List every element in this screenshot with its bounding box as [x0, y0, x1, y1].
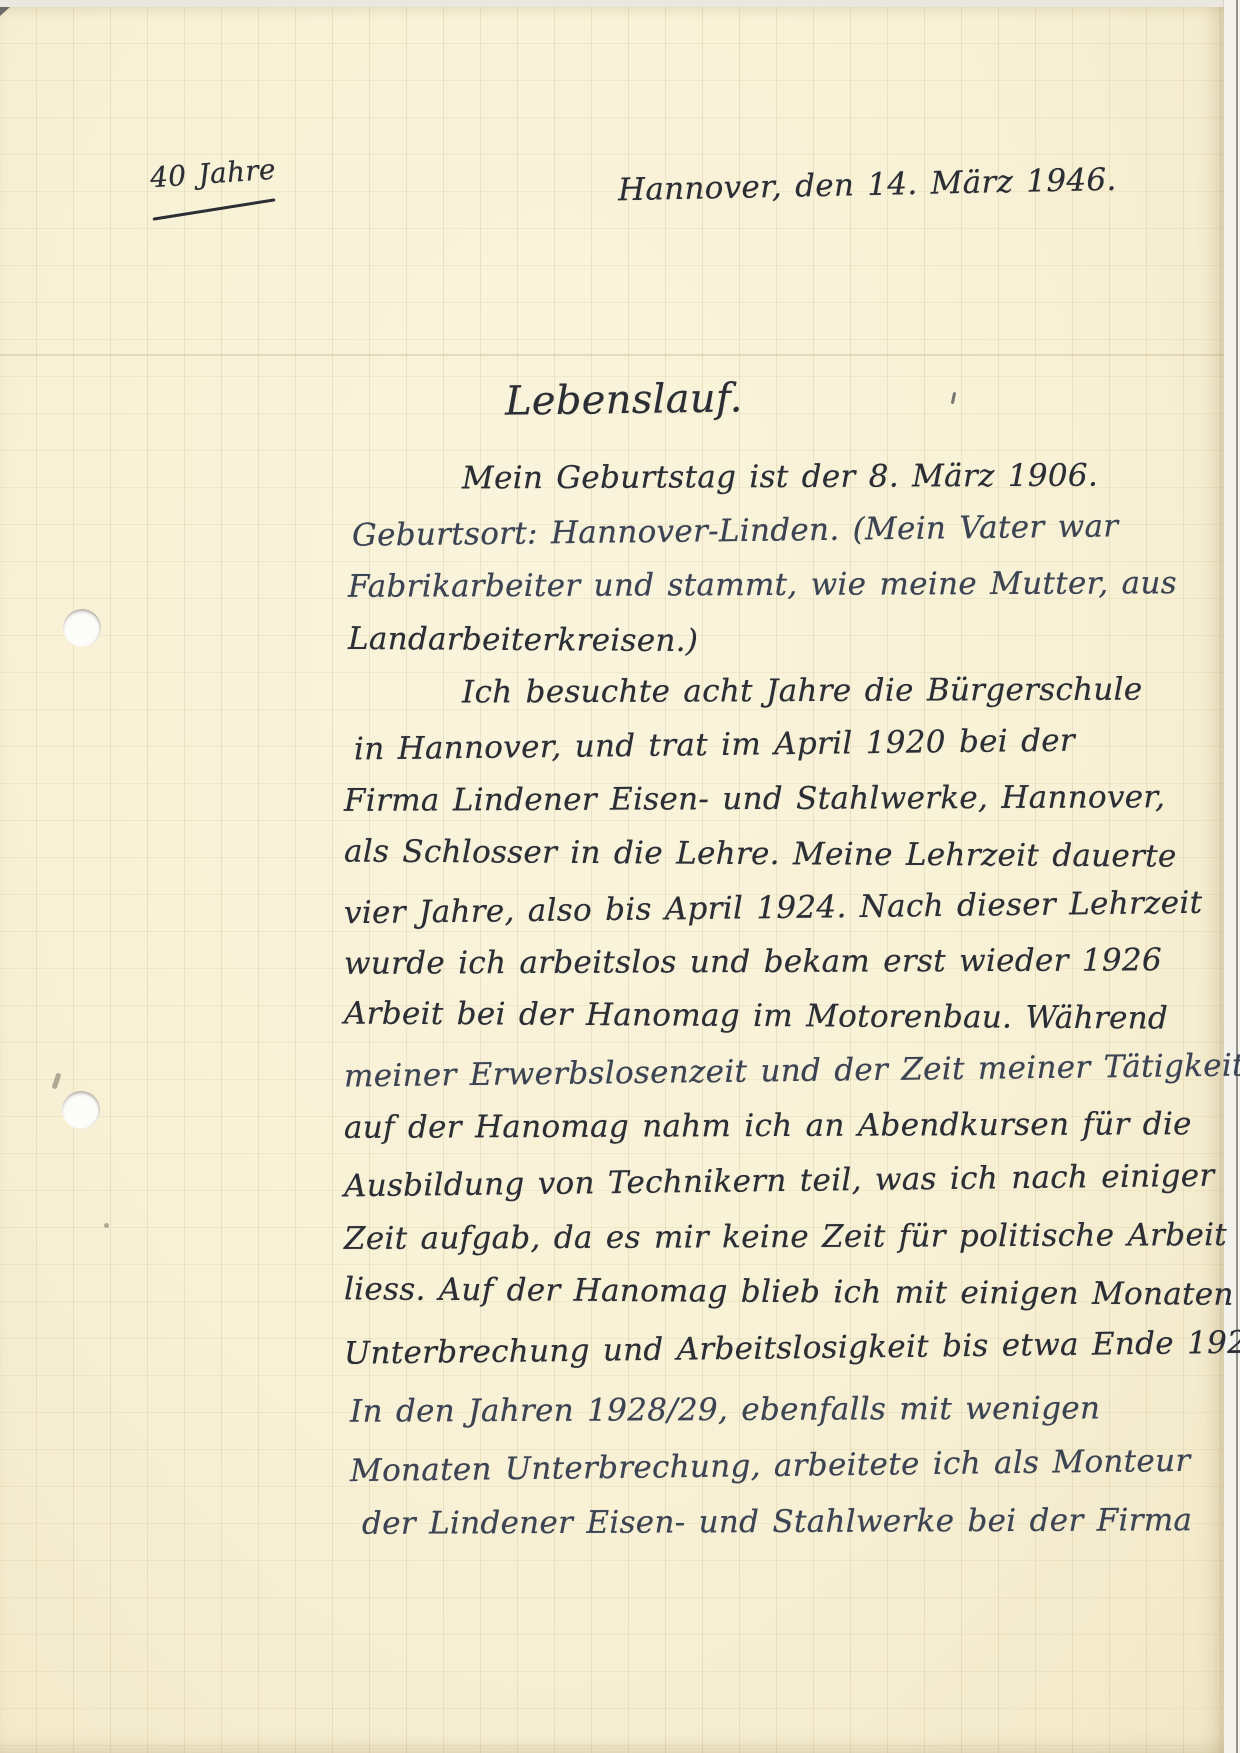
ink-stray-mark [951, 392, 956, 404]
dateline: Hannover, den 14. März 1946. [618, 162, 1117, 208]
paper-sheet: 40 Jahre Hannover, den 14. März 1946. Le… [0, 7, 1224, 1753]
handwritten-line: Landarbeiterkreisen.) [348, 621, 698, 659]
scan-corner-artifact [0, 7, 10, 16]
fold-crease [0, 354, 1224, 356]
handwritten-line: Zeit aufgab, da es mir keine Zeit für po… [344, 1217, 1227, 1257]
handwritten-line: Monaten Unterbrechung, arbeitete ich als… [350, 1443, 1191, 1489]
pencil-smudge [52, 1073, 62, 1090]
handwritten-line: Firma Lindener Eisen- und Stahlwerke, Ha… [344, 779, 1165, 819]
scanned-page: 40 Jahre Hannover, den 14. März 1946. Le… [0, 0, 1240, 1753]
handwritten-line: als Schlosser in die Lehre. Meine Lehrze… [344, 833, 1177, 874]
paper-right-edge-line [1236, 0, 1238, 1753]
margin-note: 40 Jahre [149, 153, 277, 195]
handwritten-line: Geburtsort: Hannover-Linden. (Mein Vater… [352, 508, 1119, 553]
handwritten-line: Unterbrechung und Arbeitslosigkeit bis e… [344, 1324, 1240, 1371]
handwritten-line: Fabrikarbeiter und stammt, wie meine Mut… [348, 565, 1177, 605]
punch-hole-bottom [62, 1091, 100, 1129]
ink-dot-artifact [104, 1223, 109, 1228]
handwritten-line: in Hannover, und trat im April 1920 bei … [354, 723, 1075, 768]
handwritten-line: liess. Auf der Hanomag blieb ich mit ein… [344, 1271, 1234, 1312]
margin-note-underline [153, 198, 276, 220]
handwritten-line: Arbeit bei der Hanomag im Motorenbau. Wä… [344, 995, 1168, 1036]
handwritten-line: wurde ich arbeitslos und bekam erst wied… [344, 942, 1162, 982]
handwritten-line: meiner Erwerbslosenzeit und der Zeit mei… [344, 1047, 1240, 1094]
handwritten-line: der Lindener Eisen- und Stahlwerke bei d… [362, 1502, 1192, 1542]
handwritten-line: In den Jahren 1928/29, ebenfalls mit wen… [350, 1390, 1100, 1429]
handwritten-line: Ich besuchte acht Jahre die Bürgerschule [462, 672, 1143, 711]
punch-hole-top [63, 609, 101, 647]
document-title: Lebenslauf. [505, 375, 743, 424]
handwritten-line: Ausbildung von Technikern teil, was ich … [344, 1158, 1215, 1205]
handwritten-line: vier Jahre, also bis April 1924. Nach di… [344, 885, 1203, 931]
handwritten-line: Mein Geburtstag ist der 8. März 1906. [462, 458, 1098, 497]
handwritten-line: auf der Hanomag nahm ich an Abendkursen … [344, 1106, 1192, 1146]
scanner-background-strip [1223, 0, 1240, 1753]
